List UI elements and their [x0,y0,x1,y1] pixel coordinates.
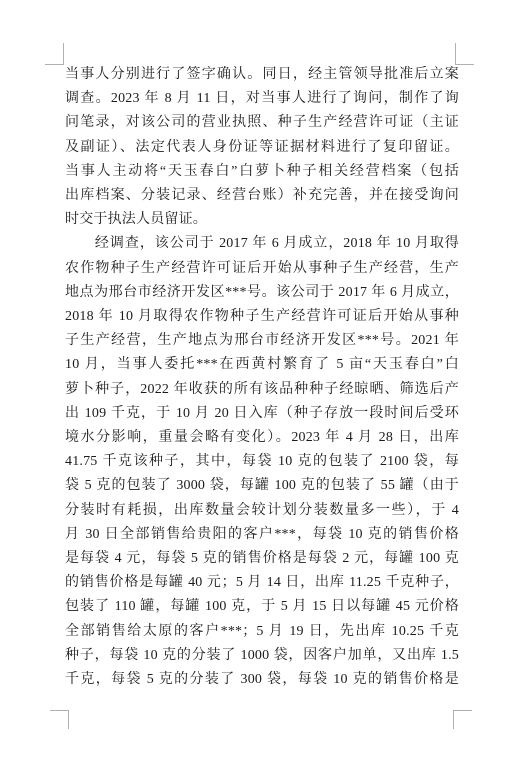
text-line: 问笔录，对该公司的营业执照、种子生产经营许可证（主证 [65,111,459,135]
text-line: 萝卜种子，2022 年收获的所有该品种种子经晾晒、筛选后产 [65,378,459,402]
crop-mark-top-left-icon [45,43,64,65]
text-line: 当事人分别进行了签字确认。同日，经主管领导批准后立案 [65,63,459,87]
document-page: { "page": { "background": "#ffffff", "te… [0,0,524,771]
text-line: 时交于执法人员留证。 [65,208,459,232]
crop-mark-top-right-icon [455,43,474,65]
text-line: 地点为邢台市经济开发区***号。该公司于 2017 年 6 月成立， [65,281,459,305]
text-line: 分装时有耗损，出库数量会较计划分装数量多一些），于 4 [65,499,459,523]
crop-mark-bottom-left-icon [50,710,69,729]
text-line: 子生产经营，生产地点为邢台市经济开发区***号。2021 年 [65,329,459,353]
text-line: 月 30 日全部销售给贵阳的客户***，每袋 10 克的销售价格 [65,523,459,547]
text-line: 调查。2023 年 8 月 11 日，对当事人进行了询问，制作了询 [65,87,459,111]
text-line: 千克，每袋 5 克的分装了 300 袋，每袋 10 克的销售价格是 [65,668,459,692]
text-line: 农作物种子生产经营许可证后开始从事种子生产经营，生产 [65,257,459,281]
text-line: 是每袋 4 元，每袋 5 克的销售价格是每袋 2 元，每罐 100 克 [65,547,459,571]
text-line: 的销售价格是每罐 40 元；5 月 14 日，出库 11.25 千克种子， [65,571,459,595]
page-text: 当事人分别进行了签字确认。同日，经主管领导批准后立案调查。2023 年 8 月 … [65,63,459,692]
text-line: 10 月，当事人委托***在西黄村繁育了 5 亩“天玉春白”白 [65,353,459,377]
text-line: 全部销售给太原的客户***；5 月 19 日，先出库 10.25 千克 [65,620,459,644]
text-line: 出 109 千克，于 10 月 20 日入库（种子存放一段时间后受环 [65,402,459,426]
text-line: 经调查，该公司于 2017 年 6 月成立，2018 年 10 月取得 [65,232,459,256]
text-line: 出库档案、分装记录、经营台账）补充完善，并在接受询问 [65,184,459,208]
crop-mark-bottom-right-icon [453,710,472,729]
text-line: 种子，每袋 10 克的分装了 1000 袋，因客户加单，又出库 1.5 [65,644,459,668]
text-line: 袋 5 克的包装了 3000 袋，每罐 100 克的包装了 55 罐（由于 [65,474,459,498]
text-line: 41.75 千克该种子，其中，每袋 10 克的包装了 2100 袋，每 [65,450,459,474]
text-line: 当事人主动将“天玉春白”白萝卜种子相关经营档案（包括 [65,160,459,184]
page-background: 当事人分别进行了签字确认。同日，经主管领导批准后立案调查。2023 年 8 月 … [0,0,524,771]
text-line: 2018 年 10 月取得农作物种子生产经营许可证后开始从事种 [65,305,459,329]
paragraph: 经调查，该公司于 2017 年 6 月成立，2018 年 10 月取得农作物种子… [65,232,459,692]
paragraph: 当事人分别进行了签字确认。同日，经主管领导批准后立案调查。2023 年 8 月 … [65,63,459,232]
text-line: 包装了 110 罐，每罐 100 克，于 5 月 15 日以每罐 45 元价格 [65,595,459,619]
text-line: 境水分影响，重量会略有变化）。2023 年 4 月 28 日，出库 [65,426,459,450]
text-line: 及副证）、法定代表人身份证等证据材料进行了复印留证。 [65,136,459,160]
